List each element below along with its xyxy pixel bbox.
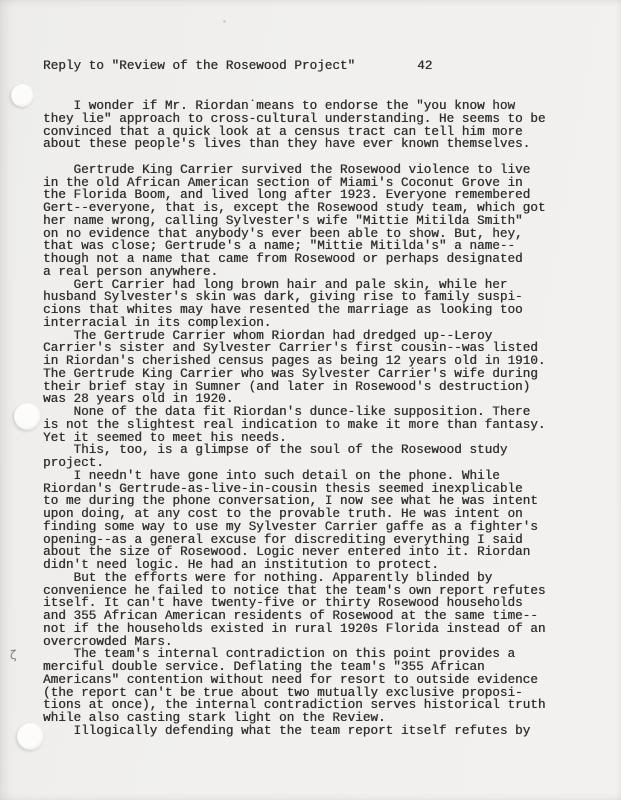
page-number: 42	[417, 58, 432, 73]
pencil-scribble: ζ	[10, 648, 17, 663]
document-header: Reply to "Review of the Rosewood Project…	[43, 60, 432, 73]
punch-hole-middle	[14, 403, 41, 430]
text-line: Illogically defending what the team repo…	[43, 725, 546, 738]
body-text: I wonder if Mr. Riordan˙means to endorse…	[43, 100, 546, 738]
text-line: about these people's lives than they hav…	[43, 138, 546, 151]
header-title: Reply to "Review of the Rosewood Project…	[43, 58, 355, 73]
punch-hole-top	[11, 84, 34, 107]
punch-hole-bottom	[17, 723, 44, 750]
text-line: This, too, is a glimpse of the soul of t…	[43, 444, 546, 457]
scan-speck	[223, 20, 226, 23]
scanned-document-page: Reply to "Review of the Rosewood Project…	[0, 0, 621, 800]
